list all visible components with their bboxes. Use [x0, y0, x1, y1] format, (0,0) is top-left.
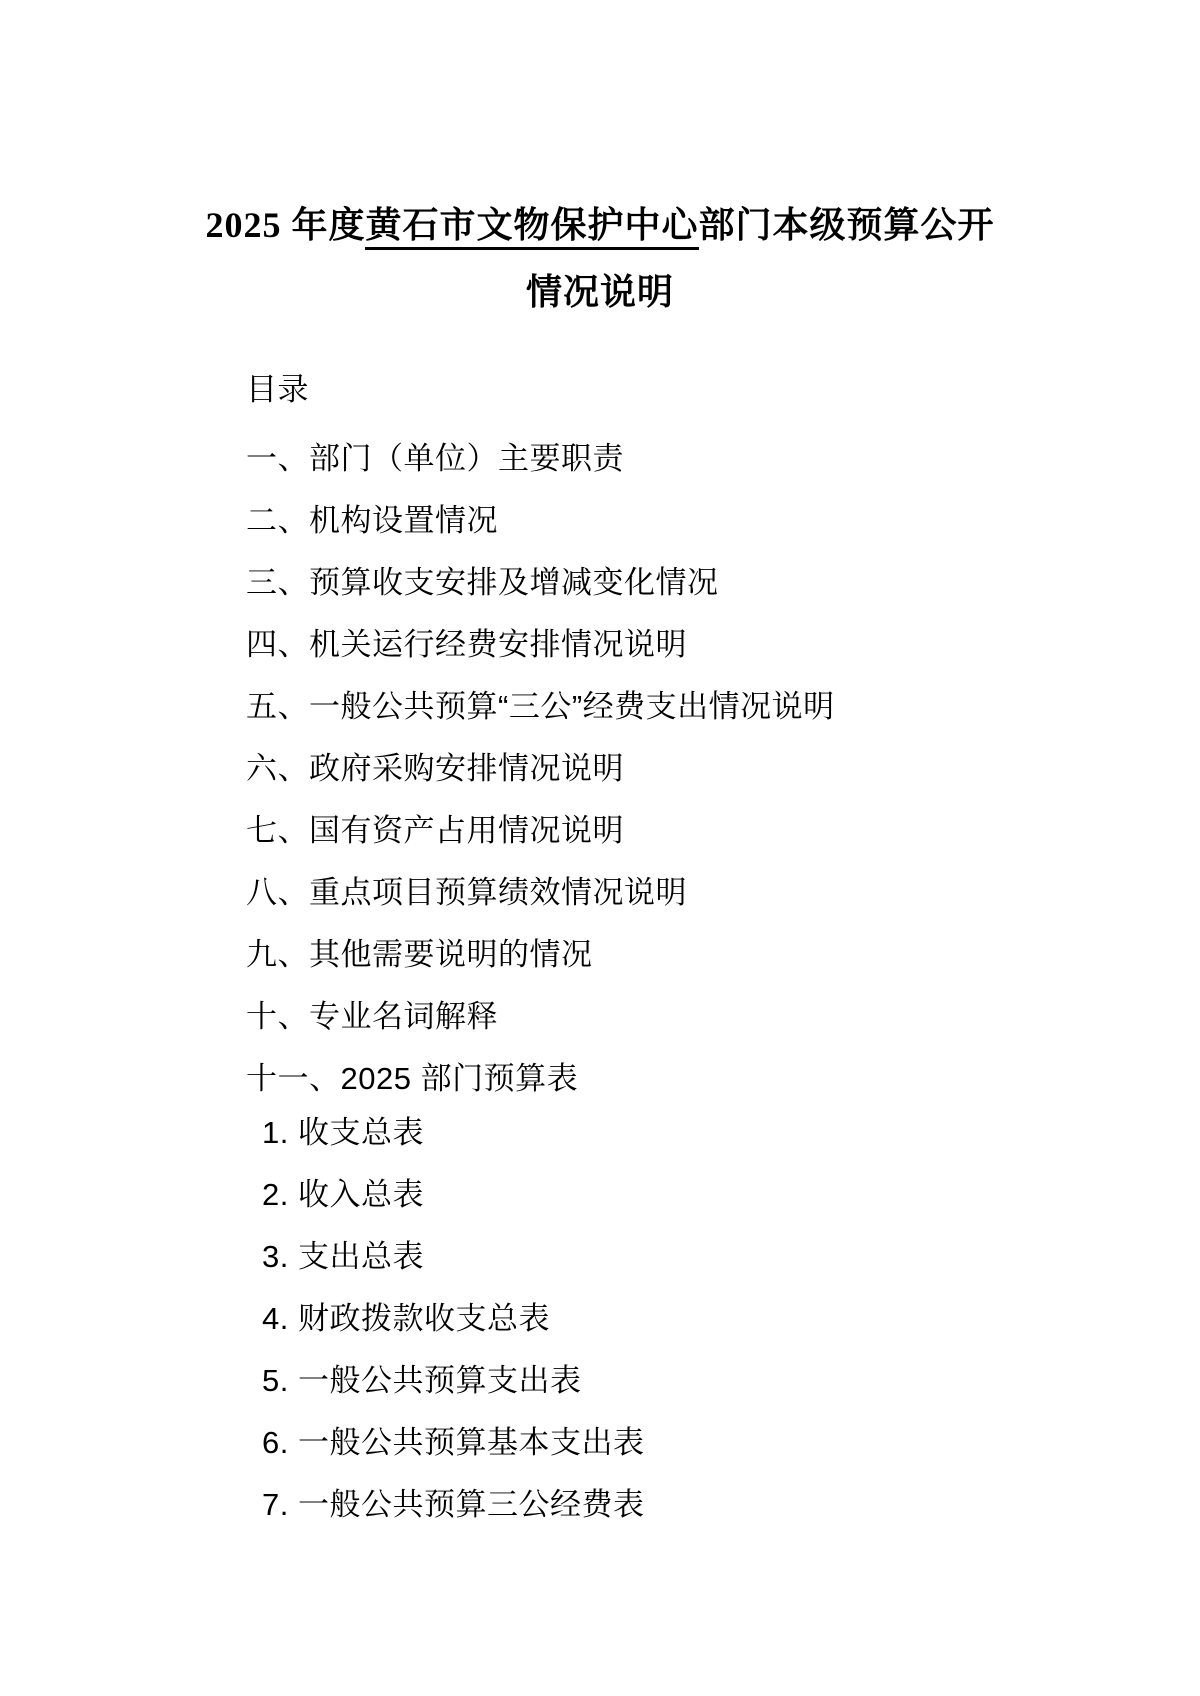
toc-table-item-6: 6. 一般公共预算基本支出表 — [262, 1427, 1200, 1458]
toc-item-2: 二、机构设置情况 — [246, 505, 1200, 536]
toc-table-item-4: 4. 财政拨款收支总表 — [262, 1303, 1200, 1334]
toc-item-11: 十一、2025 部门预算表 — [246, 1063, 1200, 1094]
title-organization-underlined: 黄石市文物保护中心 — [365, 206, 698, 250]
toc-table-item-1: 1. 收支总表 — [262, 1117, 1200, 1148]
toc-item-9: 九、其他需要说明的情况 — [246, 939, 1200, 970]
title-line-1: 2025 年度黄石市文物保护中心部门本级预算公开 — [0, 192, 1200, 259]
toc-item-8: 八、重点项目预算绩效情况说明 — [246, 877, 1200, 908]
toc-item-6: 六、政府采购安排情况说明 — [246, 753, 1200, 784]
title-prefix: 2025 年度 — [205, 205, 365, 245]
document-title: 2025 年度黄石市文物保护中心部门本级预算公开 情况说明 — [0, 192, 1200, 326]
toc-item-1: 一、部门（单位）主要职责 — [246, 443, 1200, 474]
toc-table-item-3: 3. 支出总表 — [262, 1241, 1200, 1272]
title-suffix: 部门本级预算公开 — [699, 205, 995, 245]
toc-heading: 目录 — [246, 374, 1200, 405]
toc-table-item-2: 2. 收入总表 — [262, 1179, 1200, 1210]
toc-item-10: 十、专业名词解释 — [246, 1001, 1200, 1032]
toc-item-3: 三、预算收支安排及增减变化情况 — [246, 567, 1200, 598]
document-page: 2025 年度黄石市文物保护中心部门本级预算公开 情况说明 目录 一、部门（单位… — [0, 0, 1200, 1696]
table-of-contents: 目录 一、部门（单位）主要职责 二、机构设置情况 三、预算收支安排及增减变化情况… — [246, 374, 1200, 1520]
toc-item-4: 四、机关运行经费安排情况说明 — [246, 629, 1200, 660]
toc-table-item-7: 7. 一般公共预算三公经费表 — [262, 1489, 1200, 1520]
toc-table-item-5: 5. 一般公共预算支出表 — [262, 1365, 1200, 1396]
title-line-2: 情况说明 — [0, 259, 1200, 326]
toc-item-5: 五、一般公共预算“三公”经费支出情况说明 — [246, 691, 1200, 722]
toc-item-7: 七、国有资产占用情况说明 — [246, 815, 1200, 846]
